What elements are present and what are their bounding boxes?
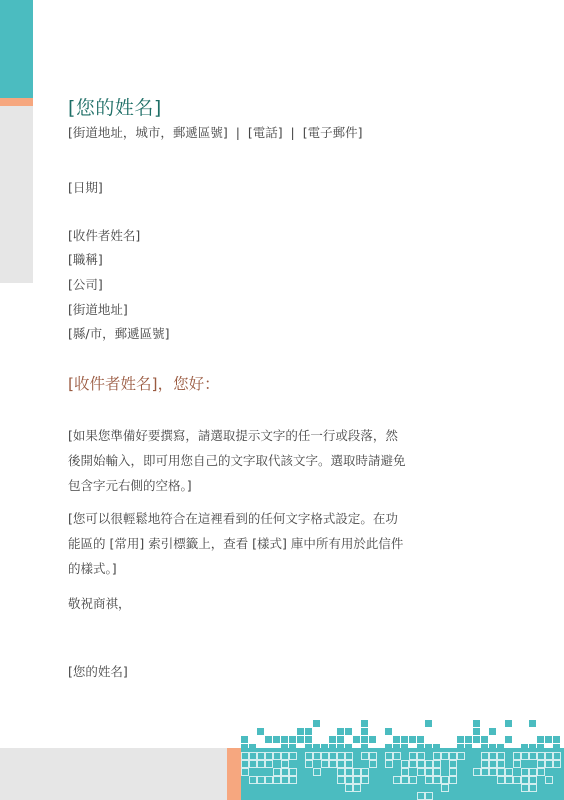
left-accent-gray-panel <box>0 106 33 283</box>
recipient-company[interactable]: [公司] <box>68 275 103 293</box>
paragraph-line: 能區的 [常用] 索引標籤上，查看 [樣式] 庫中所有用於此信件 <box>68 531 438 556</box>
recipient-city-zip[interactable]: [縣/市，郵遞區號] <box>68 324 169 342</box>
recipient-street[interactable]: [街道地址] <box>68 300 128 318</box>
paragraph-line: [您可以很輕鬆地符合在這裡看到的任何文字格式設定。在功 <box>68 506 438 531</box>
footer-gray-band <box>0 748 227 800</box>
sender-name[interactable]: [您的姓名] <box>68 93 162 120</box>
body-paragraph-1[interactable]: [如果您準備好要撰寫，請選取提示文字的任一行或段落，然 後開始輸入，即可用您自己… <box>68 423 438 498</box>
left-accent-teal-bar <box>0 0 33 98</box>
greeting-line: [收件者姓名]，您好： <box>68 372 220 394</box>
body-paragraph-2[interactable]: [您可以很輕鬆地符合在這裡看到的任何文字格式設定。在功 能區的 [常用] 索引標… <box>68 506 438 581</box>
date-field[interactable]: [日期] <box>68 178 103 196</box>
footer-pixel-pattern <box>241 718 564 800</box>
paragraph-line: [如果您準備好要撰寫，請選取提示文字的任一行或段落，然 <box>68 423 438 448</box>
recipient-title[interactable]: [職稱] <box>68 250 103 268</box>
closing[interactable]: 敬祝商祺， <box>68 594 131 612</box>
left-accent-orange-stripe <box>0 98 33 106</box>
greeting-recipient[interactable]: [收件者姓名] <box>68 375 158 393</box>
recipient-name[interactable]: [收件者姓名] <box>68 226 140 244</box>
footer-orange-stripe <box>227 748 241 800</box>
sender-contact-line[interactable]: [街道地址，城市，郵遞區號] | [電話] | [電子郵件] <box>68 123 362 141</box>
greeting-salutation: ，您好： <box>158 375 220 393</box>
signature[interactable]: [您的姓名] <box>68 662 128 680</box>
paragraph-line: 包含字元右側的空格。] <box>68 473 438 498</box>
paragraph-line: 後開始輸入，即可用您自己的文字取代該文字。選取時請避免 <box>68 448 438 473</box>
paragraph-line: 的樣式。] <box>68 556 438 581</box>
